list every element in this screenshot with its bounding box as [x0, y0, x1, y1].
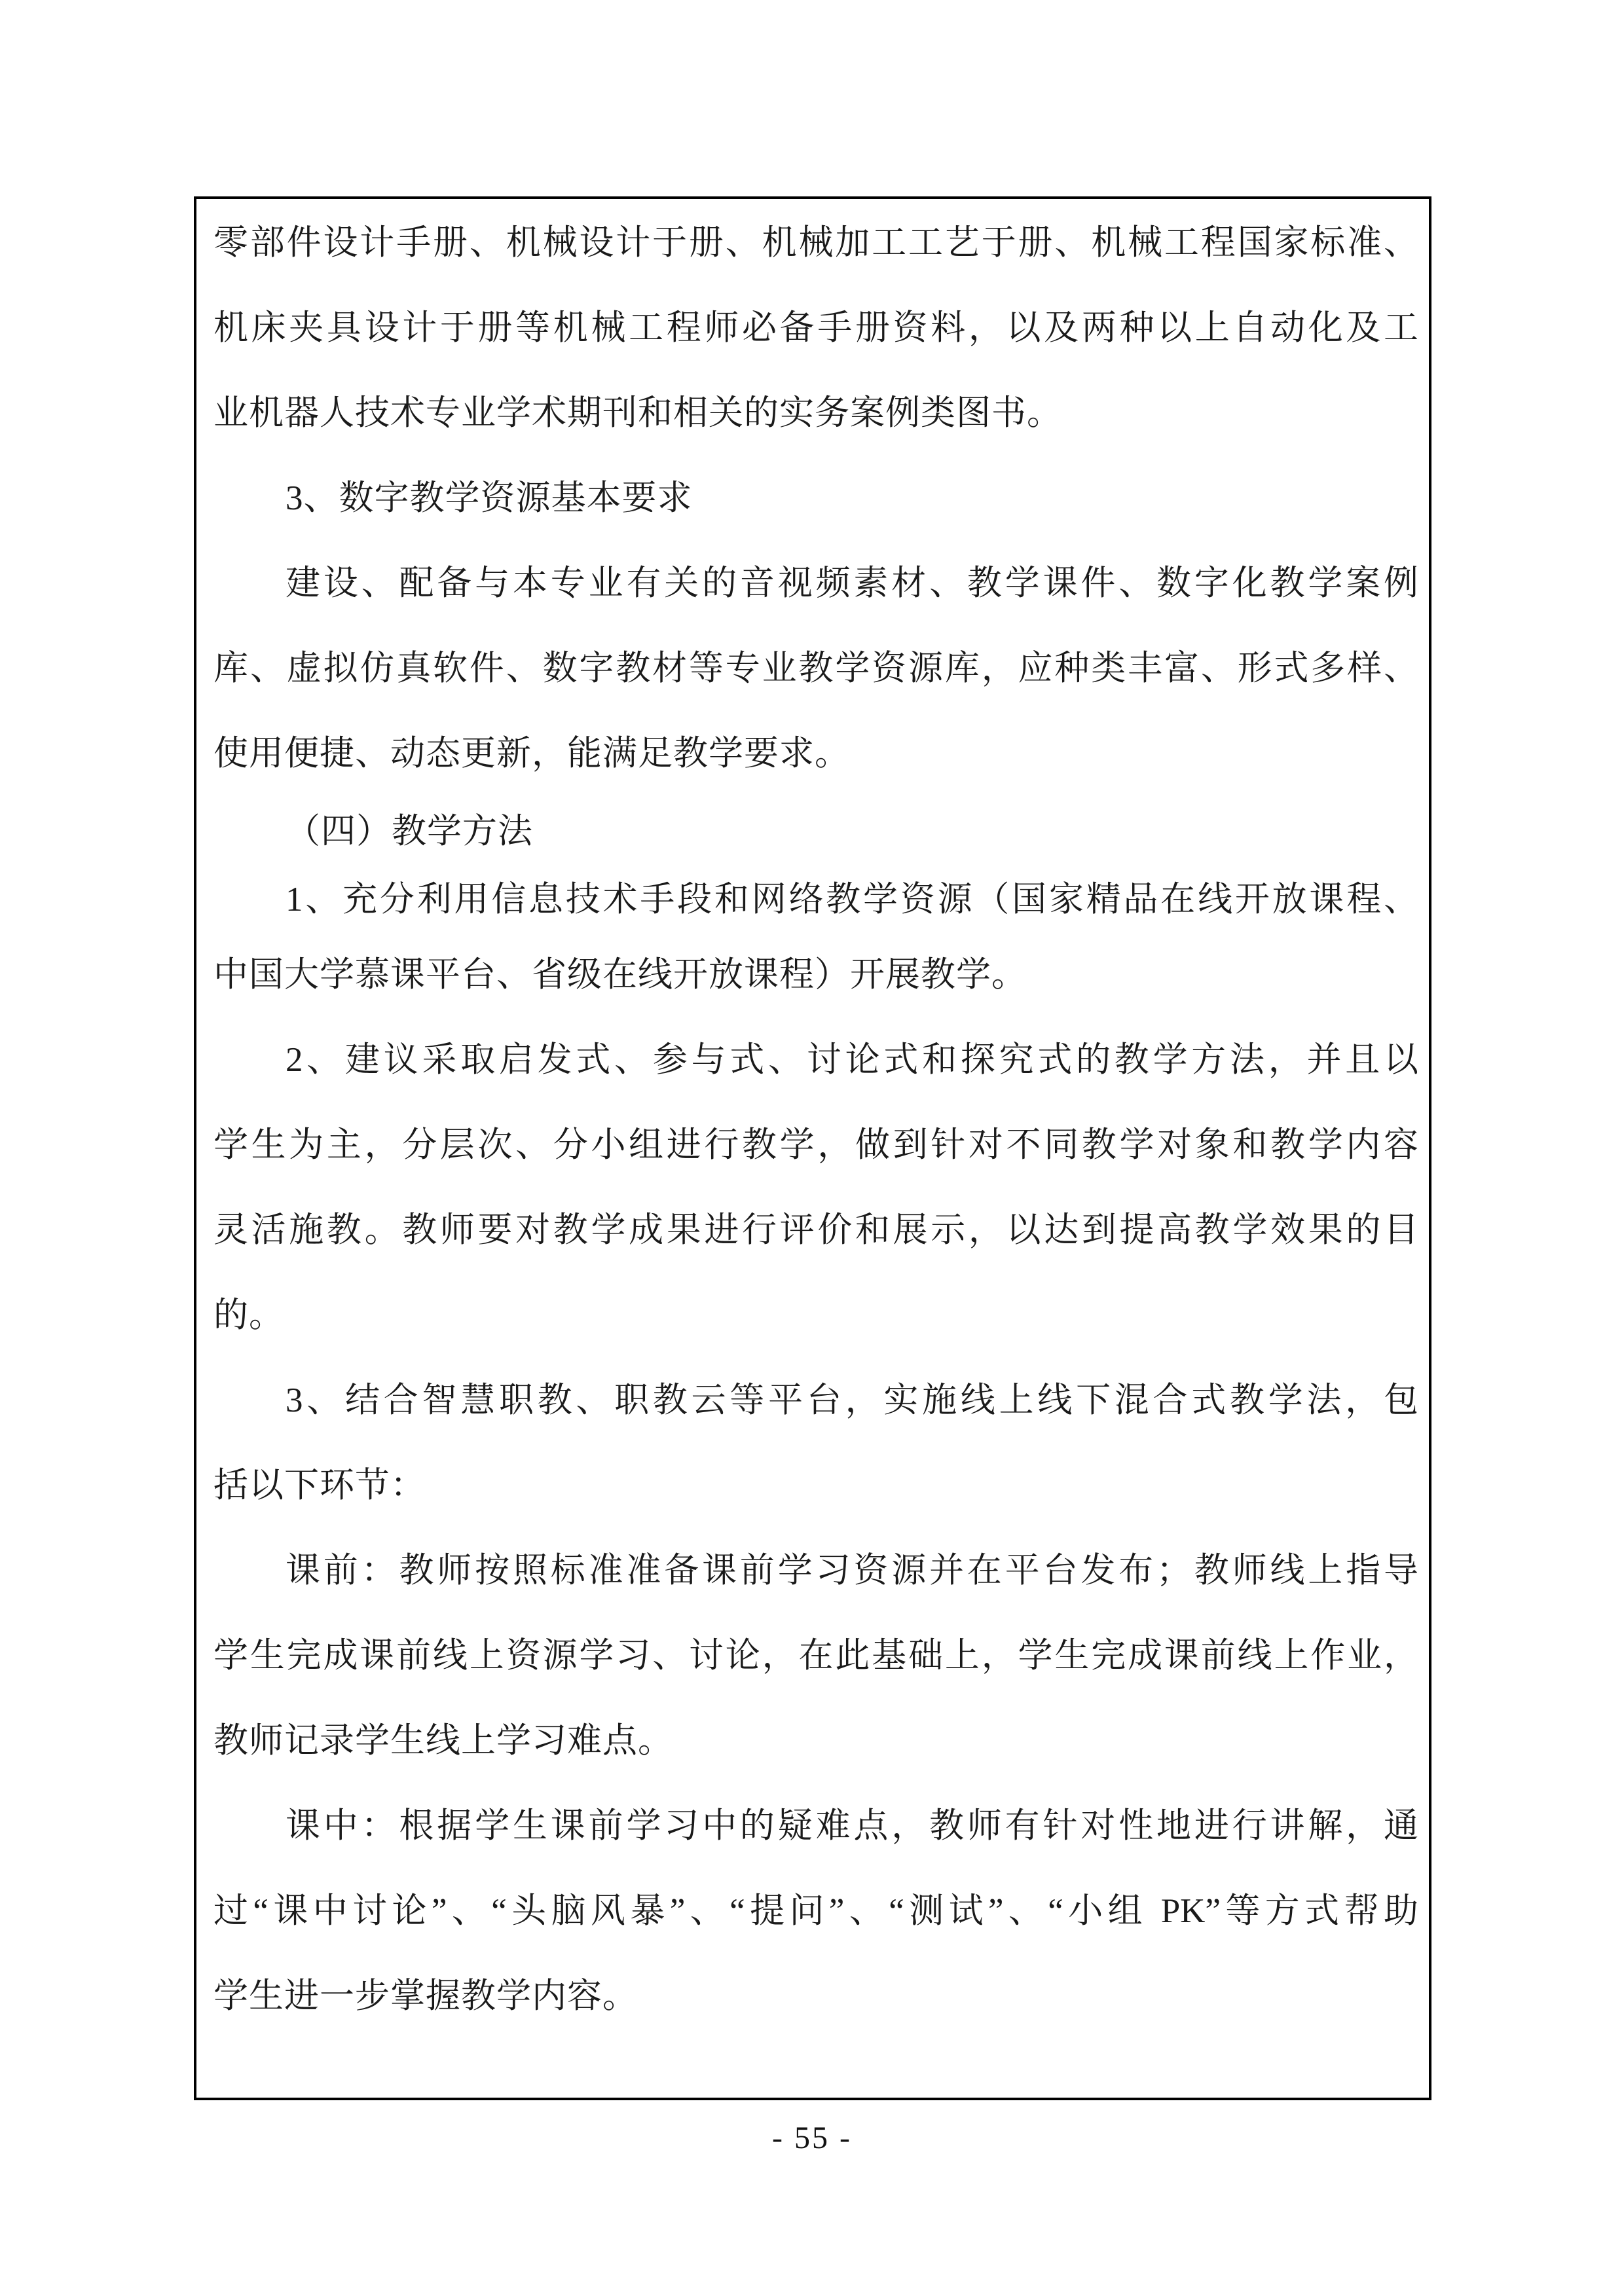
text-line: 括以下环节：	[213, 1443, 1418, 1528]
text-line: 3、结合智慧职教、职教云等平台，实施线上线下混合式教学法，包	[213, 1358, 1418, 1443]
text-line: 使用便捷、动态更新，能满足教学要求。	[213, 711, 1418, 796]
text-line: 库、虚拟仿真软件、数字教材等专业教学资源库，应种类丰富、形式多样、	[213, 626, 1418, 711]
text-line: 教师记录学生线上学习难点。	[213, 1698, 1418, 1783]
text-line: 过“课中讨论”、“头脑风暴”、“提问”、“测试”、“小组 PK”等方式帮助	[213, 1868, 1418, 1954]
document-page: 零部件设计手册、机械设计于册、机械加工工艺于册、机械工程国家标准、 机床夹具设计…	[0, 0, 1624, 2296]
text-line: 学生完成课前线上资源学习、讨论，在此基础上，学生完成课前线上作业，	[213, 1613, 1418, 1698]
text-line: 学生为主，分层次、分小组进行教学，做到针对不同教学对象和教学内容	[213, 1102, 1418, 1188]
text-line: 课前：教师按照标准准备课前学习资源并在平台发布；教师线上指导	[213, 1528, 1418, 1613]
content-border-frame: 零部件设计手册、机械设计于册、机械加工工艺于册、机械工程国家标准、 机床夹具设计…	[194, 196, 1431, 2100]
text-line: 的。	[213, 1273, 1418, 1358]
text-line: 3、数字教学资源基本要求	[213, 456, 1418, 541]
text-line: 零部件设计手册、机械设计于册、机械加工工艺于册、机械工程国家标准、	[213, 200, 1418, 285]
text-line: 业机器人技术专业学术期刊和相关的实务案例类图书。	[213, 371, 1418, 456]
text-line: 课中：根据学生课前学习中的疑难点，教师有针对性地进行讲解，通	[213, 1783, 1418, 1868]
text-line: 建设、配备与本专业有关的音视频素材、教学课件、数字化教学案例	[213, 541, 1418, 626]
text-line: 中国大学慕课平台、省级在线开放课程）开展教学。	[213, 932, 1418, 1017]
text-line: 学生进一步掌握教学内容。	[213, 1954, 1418, 2039]
text-line: 灵活施教。教师要对教学成果进行评价和展示，以达到提高教学效果的目	[213, 1188, 1418, 1273]
text-line: 2、建议采取启发式、参与式、讨论式和探究式的教学方法，并且以	[213, 1017, 1418, 1102]
text-line: （四）教学方法	[213, 796, 1418, 867]
page-number: - 55 -	[0, 2115, 1624, 2162]
text-line: 机床夹具设计于册等机械工程师必备手册资料，以及两种以上自动化及工	[213, 285, 1418, 371]
text-line: 1、充分利用信息技术手段和网络教学资源（国家精品在线开放课程、	[213, 867, 1418, 932]
